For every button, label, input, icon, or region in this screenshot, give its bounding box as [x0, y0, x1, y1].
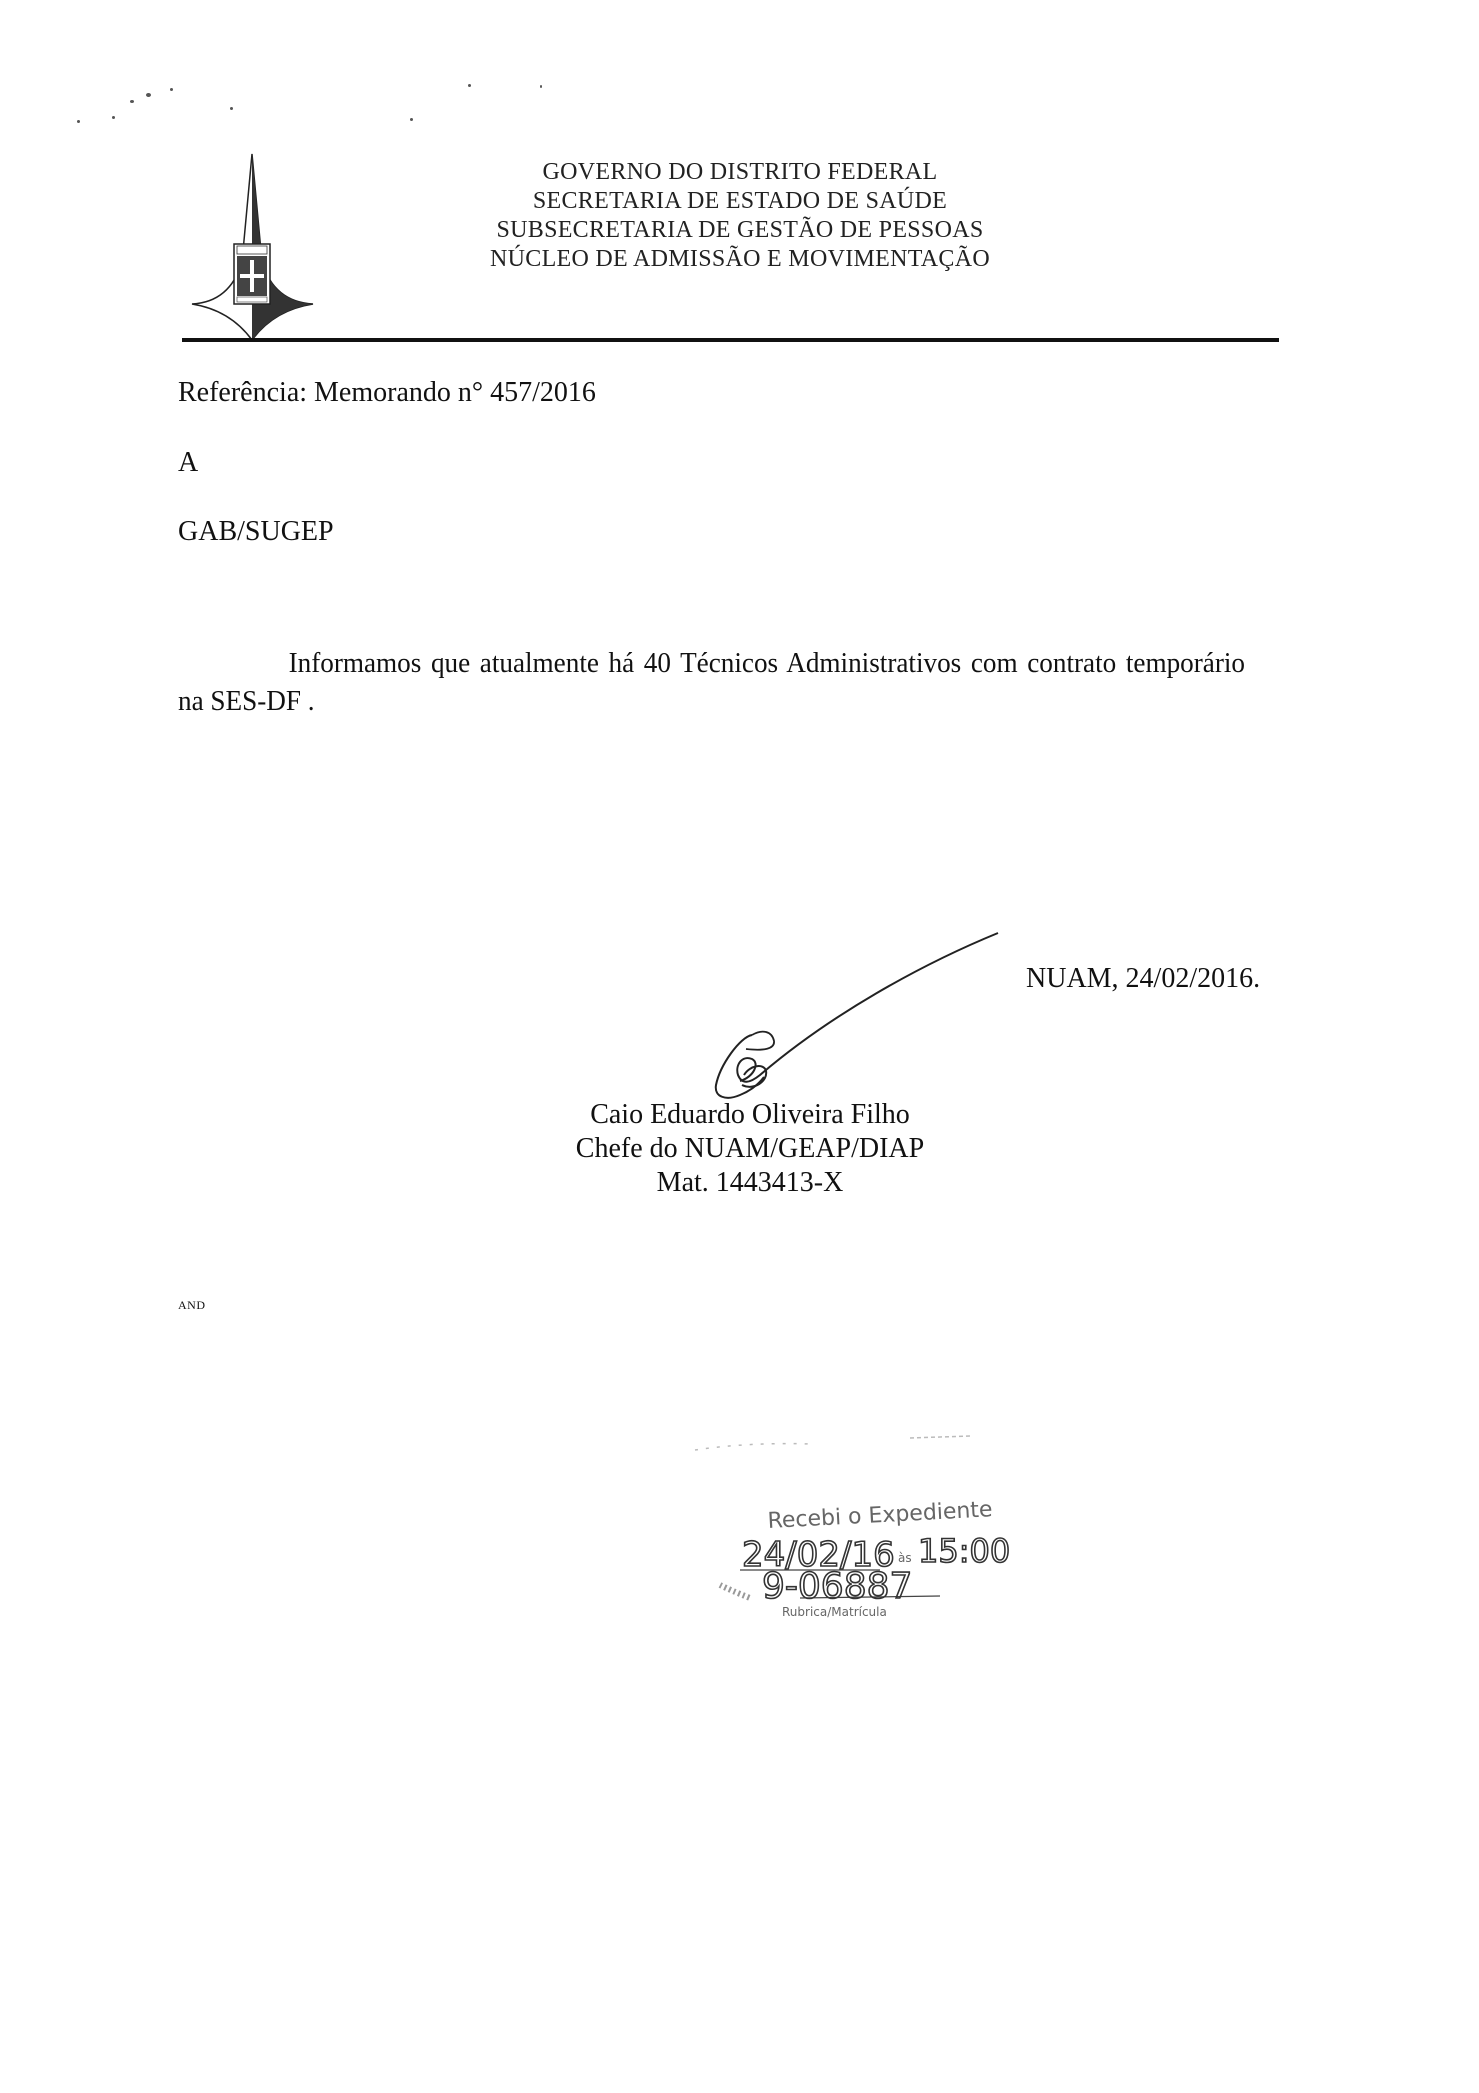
letterhead: GOVERNO DO DISTRITO FEDERAL SECRETARIA D… — [380, 158, 1100, 274]
receipt-stamp-graphic: Recebi o Expediente 24/02/16 às 15:00 9-… — [690, 1420, 1070, 1620]
brasilia-coat-of-arms-icon — [190, 152, 315, 342]
typist-initials: AND — [178, 1298, 206, 1313]
receipt-stamp: Recebi o Expediente 24/02/16 às 15:00 9-… — [690, 1420, 1070, 1620]
memo-recipient: GAB/SUGEP — [178, 515, 334, 549]
stamp-time: 15:00 — [918, 1532, 1010, 1570]
header-divider — [182, 338, 1279, 342]
memo-body: Informamos que atualmente há 40 Técnicos… — [178, 645, 1245, 721]
handwritten-signature-icon — [680, 925, 1020, 1105]
signatory-role: Chefe do NUAM/GEAP/DIAP — [540, 1132, 960, 1166]
letterhead-line-government: GOVERNO DO DISTRITO FEDERAL — [380, 158, 1100, 187]
signatory-block: Caio Eduardo Oliveira Filho Chefe do NUA… — [540, 1098, 960, 1200]
memo-reference: Referência: Memorando n° 457/2016 — [178, 376, 596, 410]
stamp-label-bottom: Rubrica/Matrícula — [782, 1605, 887, 1619]
letterhead-line-subsecretariat: SUBSECRETARIA DE GESTÃO DE PESSOAS — [380, 216, 1100, 245]
stamp-matricula: 9-06887 — [762, 1566, 912, 1607]
letterhead-line-secretariat: SECRETARIA DE ESTADO DE SAÚDE — [380, 187, 1100, 216]
memo-salutation: A — [178, 446, 198, 480]
stamp-label-top: Recebi o Expediente — [767, 1497, 993, 1534]
stamp-time-prefix: às — [898, 1551, 912, 1565]
signatory-registration: Mat. 1443413-X — [540, 1166, 960, 1200]
signatory-name: Caio Eduardo Oliveira Filho — [540, 1098, 960, 1132]
letterhead-line-nucleus: NÚCLEO DE ADMISSÃO E MOVIMENTAÇÃO — [380, 245, 1100, 274]
memo-place-date: NUAM, 24/02/2016. — [1026, 962, 1260, 996]
